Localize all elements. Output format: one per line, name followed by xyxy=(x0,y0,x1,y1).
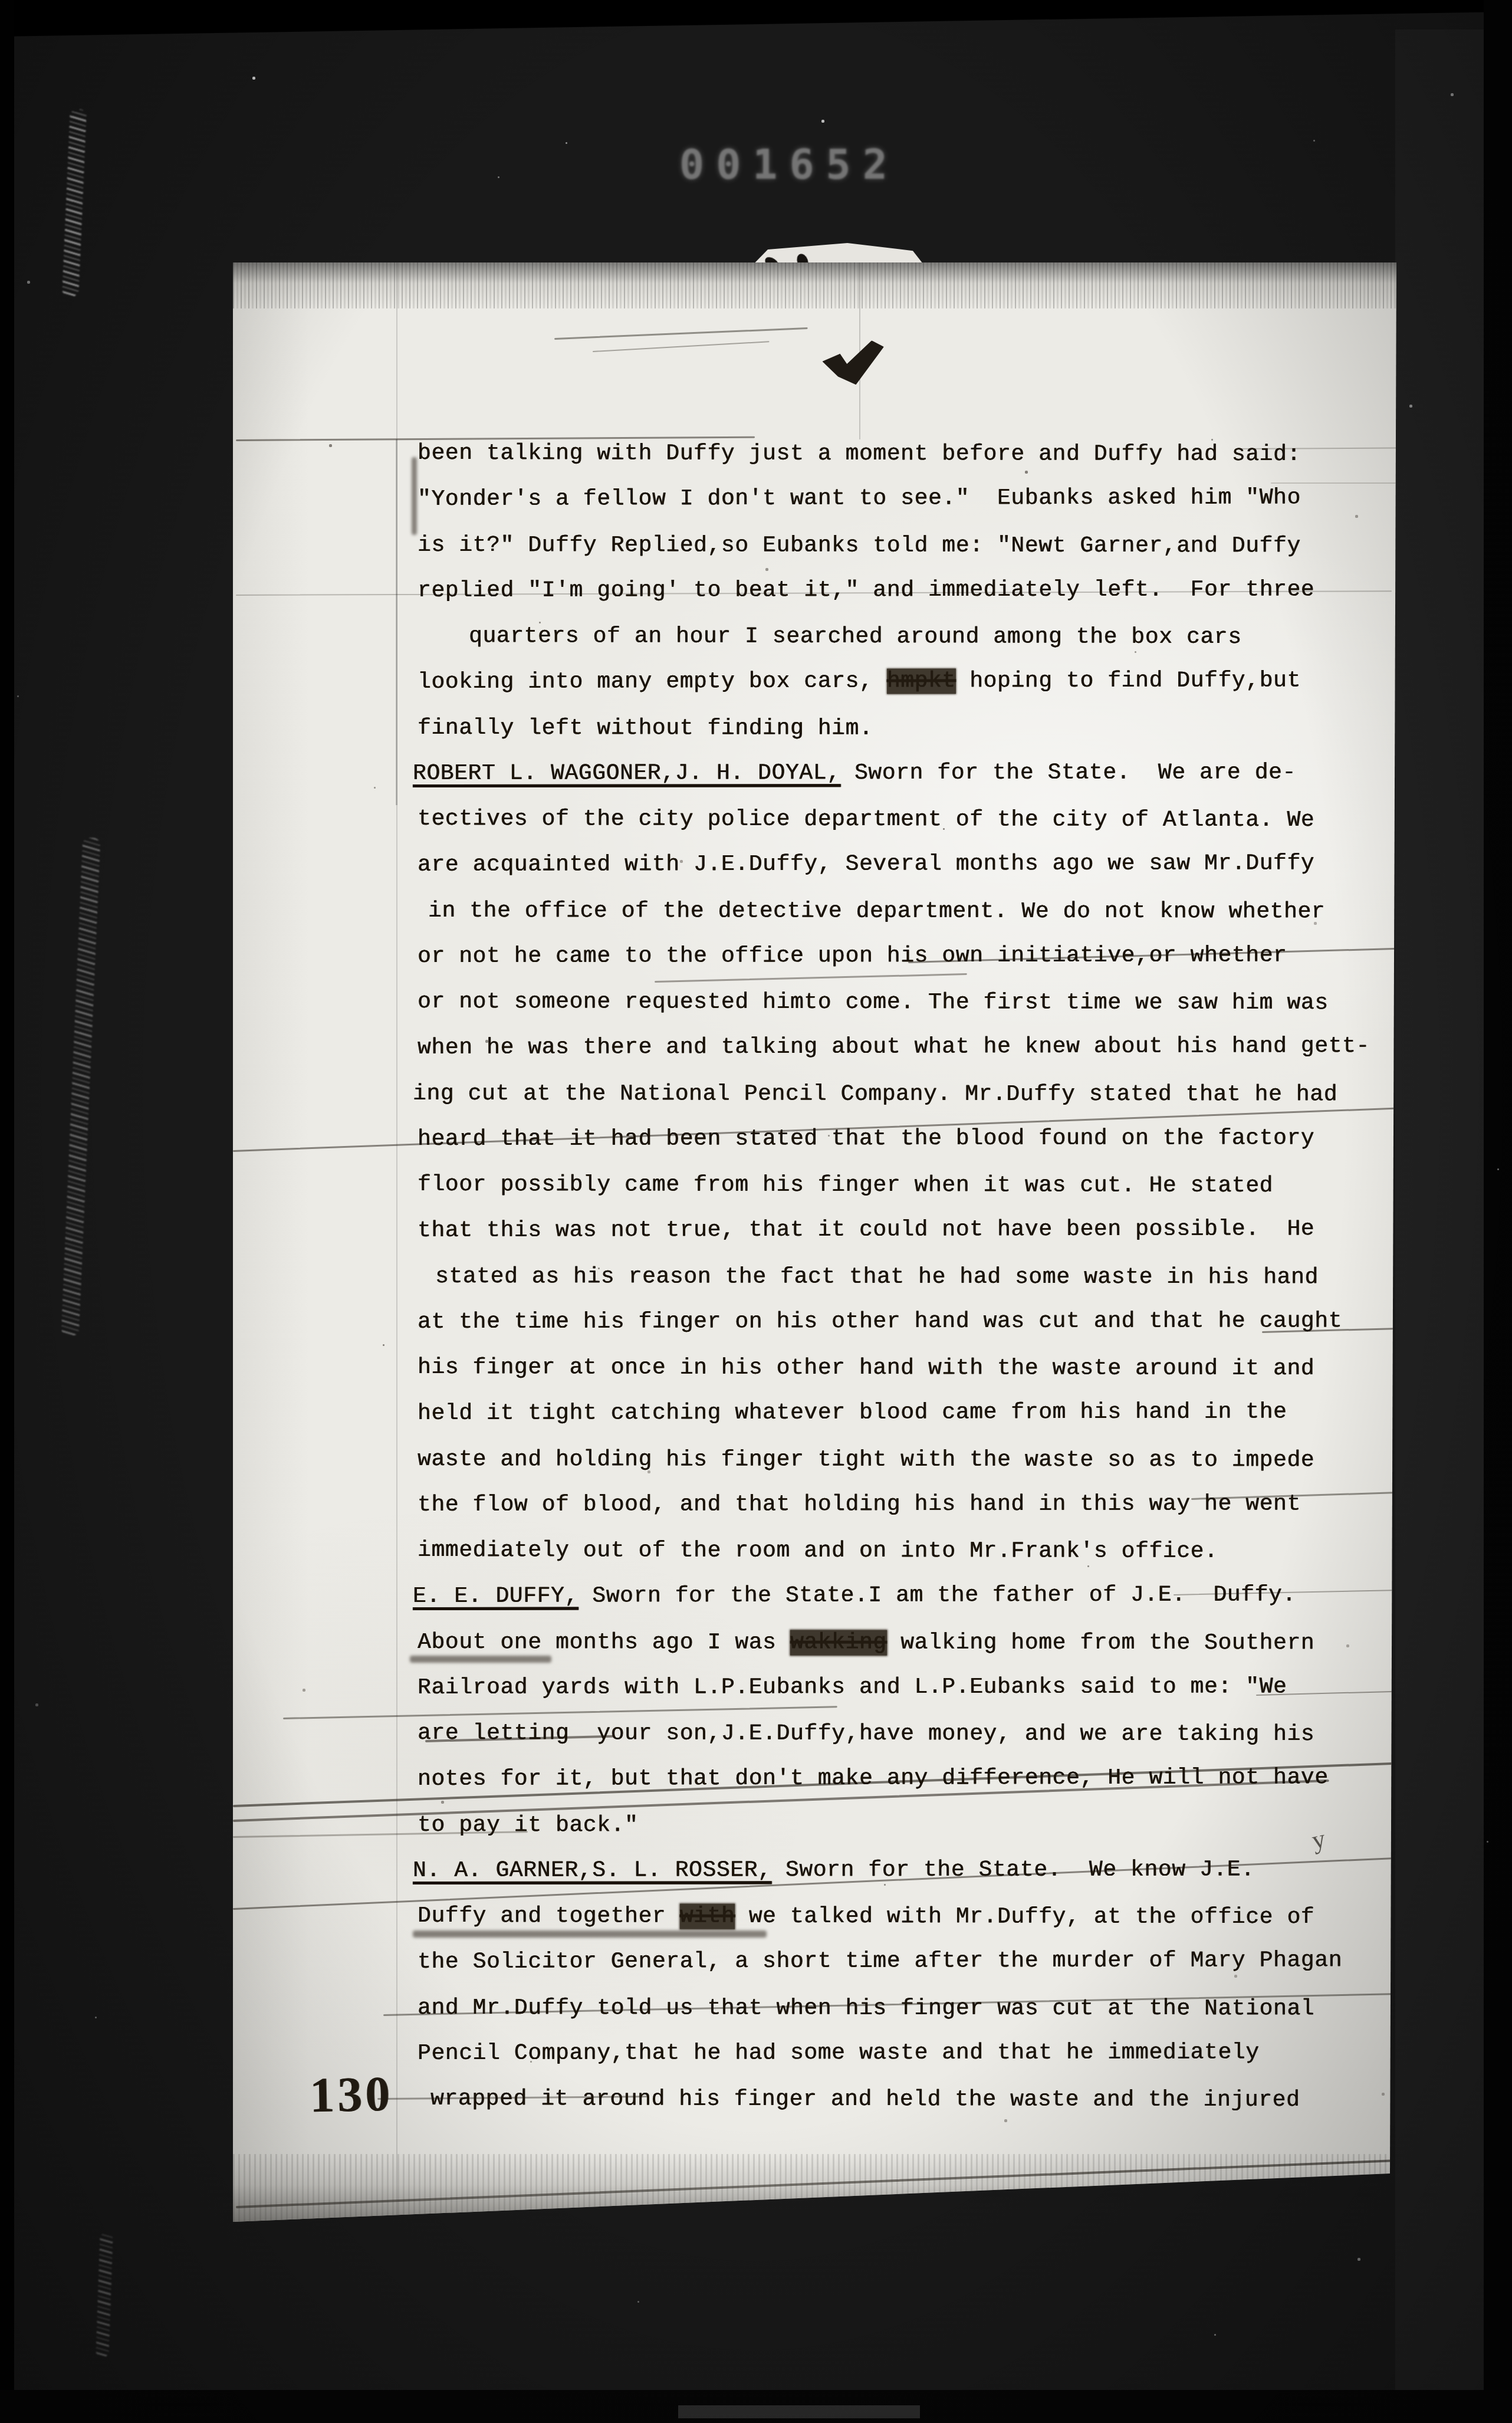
film-frame-counter: 001652 xyxy=(679,140,899,189)
page-number: 130 xyxy=(309,2066,393,2124)
text-line: been talking with Duffy just a moment be… xyxy=(413,431,1403,478)
text-segment: tectives of the city police department o… xyxy=(418,806,1314,833)
text-line: that this was not true, that it could no… xyxy=(413,1206,1403,1253)
text-line: are letting your son,J.E.Duffy,have mone… xyxy=(413,1710,1403,1758)
crease-line xyxy=(396,439,397,805)
witness-name-underlined: E. E. DUFFY, xyxy=(413,1583,578,1608)
text-segment: heard that it had been stated that the b… xyxy=(418,1125,1314,1152)
text-segment: is it?" Duffy Replied,so Eubanks told me… xyxy=(418,533,1301,559)
text-segment: immediately out of the room and on into … xyxy=(418,1538,1218,1564)
text-segment: that this was not true, that it could no… xyxy=(418,1216,1314,1243)
text-segment: at the time his finger on his other hand… xyxy=(418,1308,1342,1335)
text-segment: About one months ago I was xyxy=(418,1630,790,1656)
page-dust-specks xyxy=(233,262,234,263)
text-line: held it tight catching whatever blood ca… xyxy=(413,1389,1403,1436)
text-segment: ing cut at the National Pencil Company. … xyxy=(413,1081,1337,1107)
text-segment: are letting your son,J.E.Duffy,have mone… xyxy=(418,1721,1314,1747)
pencil-line xyxy=(236,2159,1391,2208)
struck-word: hmpkt xyxy=(887,668,956,694)
text-segment: hoping to find Duffy,but xyxy=(956,668,1301,694)
text-segment: Sworn for the State. We are de- xyxy=(840,760,1296,786)
text-line: or not he came to the office upon his ow… xyxy=(413,933,1403,979)
text-line: the Solicitor General, a short time afte… xyxy=(413,1938,1403,1985)
text-segment: been talking with Duffy just a moment be… xyxy=(418,441,1301,467)
witness-name-underlined: ROBERT L. WAGGONER,J. H. DOYAL, xyxy=(413,760,841,786)
text-segment: looking into many empty box cars, xyxy=(418,668,887,694)
text-segment: Sworn for the State. We know J.E. xyxy=(771,1857,1254,1883)
text-segment: to pay it back." xyxy=(418,1813,639,1838)
text-segment: are acquainted with J.E.Duffy, Several m… xyxy=(418,851,1314,878)
text-segment: wrapped it around his finger and held th… xyxy=(430,2086,1300,2113)
text-line: are acquainted with J.E.Duffy, Several m… xyxy=(413,841,1403,888)
text-segment: or not he came to the office upon his ow… xyxy=(418,943,1287,969)
text-segment: when he was there and talking about what… xyxy=(418,1033,1370,1061)
text-line: About one months ago I was wakking walki… xyxy=(413,1620,1403,1666)
text-segment: floor possibly came from his finger when… xyxy=(418,1172,1273,1199)
text-segment: we talked with Mr.Duffy, at the office o… xyxy=(735,1904,1314,1930)
text-segment: finally left without finding him. xyxy=(418,715,873,741)
margin-handwriting-mark xyxy=(62,109,87,297)
text-line: Pencil Company,that he had some waste an… xyxy=(413,2030,1403,2076)
text-line: tectives of the city police department o… xyxy=(413,796,1403,843)
text-line: "Yonder's a fellow I don't want to see."… xyxy=(413,475,1403,522)
text-segment: walking home from the Southern xyxy=(887,1630,1315,1656)
text-line: in the office of the detective departmen… xyxy=(413,888,1403,935)
film-edge-band xyxy=(1395,29,1484,2395)
text-line: and Mr.Duffy told us that when his finge… xyxy=(413,1985,1403,2032)
margin-handwriting-mark xyxy=(96,2232,113,2358)
text-segment: the flow of blood, and that holding his … xyxy=(418,1491,1301,1518)
text-line: to pay it back." xyxy=(413,1803,1403,1849)
text-segment: Sworn for the State.I am the father of J… xyxy=(578,1582,1296,1608)
text-line: when he was there and talking about what… xyxy=(413,1023,1403,1071)
text-line: replied "I'm going' to beat it," and imm… xyxy=(413,567,1403,613)
crease-line xyxy=(859,262,860,439)
text-line: floor possibly came from his finger when… xyxy=(413,1162,1403,1209)
microfilm-frame: 001652 xyxy=(0,0,1512,2423)
text-line: waste and holding his finger tight with … xyxy=(413,1437,1403,1483)
text-segment: stated as his reason the fact that he ha… xyxy=(435,1264,1319,1290)
text-segment: or not someone requested himto come. The… xyxy=(418,989,1329,1016)
text-segment: and Mr.Duffy told us that when his finge… xyxy=(418,1995,1314,2021)
text-line: or not someone requested himto come. The… xyxy=(413,979,1403,1026)
text-segment: in the office of the detective departmen… xyxy=(428,898,1325,924)
text-line: quarters of an hour I searched around am… xyxy=(413,613,1403,661)
text-line: Duffy and together with we talked with M… xyxy=(413,1893,1403,1941)
text-line: the flow of blood, and that holding his … xyxy=(413,1481,1403,1528)
struck-word: wakking xyxy=(790,1630,887,1656)
text-line: at the time his finger on his other hand… xyxy=(413,1298,1403,1345)
text-line: notes for it, but that don't make any di… xyxy=(413,1755,1403,1802)
text-segment: notes for it, but that don't make any di… xyxy=(418,1765,1329,1792)
text-segment: held it tight catching whatever blood ca… xyxy=(418,1399,1287,1426)
text-line: E. E. DUFFY, Sworn for the State.I am th… xyxy=(413,1572,1403,1619)
text-segment: Pencil Company,that he had some waste an… xyxy=(418,2040,1260,2066)
text-line: N. A. GARNER,S. L. ROSSER, Sworn for the… xyxy=(413,1847,1403,1893)
scratch-line xyxy=(554,327,808,340)
text-segment: his finger at once in his other hand wit… xyxy=(418,1355,1314,1381)
text-segment: Railroad yards with L.P.Eubanks and L.P.… xyxy=(418,1674,1287,1700)
text-line: finally left without finding him. xyxy=(413,705,1403,752)
text-segment: waste and holding his finger tight with … xyxy=(418,1447,1314,1473)
text-line: Railroad yards with L.P.Eubanks and L.P.… xyxy=(413,1664,1403,1710)
text-line: his finger at once in his other hand wit… xyxy=(413,1345,1403,1392)
film-top-edge xyxy=(0,0,1512,41)
margin-handwriting-mark xyxy=(61,838,101,1337)
text-segment: "Yonder's a fellow I don't want to see."… xyxy=(418,485,1301,512)
scratch-line xyxy=(593,341,770,352)
text-line: immediately out of the room and on into … xyxy=(413,1528,1403,1575)
film-right-edge xyxy=(1484,0,1512,2423)
text-line: heard that it had been stated that the b… xyxy=(413,1115,1403,1162)
film-left-edge xyxy=(0,0,14,2423)
text-segment: the Solicitor General, a short time afte… xyxy=(418,1948,1342,1975)
struck-word: with xyxy=(680,1904,735,1929)
text-segment: Duffy and together xyxy=(418,1903,680,1929)
film-bottom-mark xyxy=(678,2405,920,2418)
text-line: ing cut at the National Pencil Company. … xyxy=(413,1071,1403,1118)
text-line: wrapped it around his finger and held th… xyxy=(413,2076,1403,2123)
text-line: stated as his reason the fact that he ha… xyxy=(413,1254,1403,1301)
text-segment: quarters of an hour I searched around am… xyxy=(469,623,1242,650)
text-line: looking into many empty box cars, hmpkt … xyxy=(413,658,1403,705)
ink-check-mark xyxy=(820,334,885,388)
text-line: is it?" Duffy Replied,so Eubanks told me… xyxy=(413,523,1403,569)
document-page: y been talking with Duffy just a moment … xyxy=(233,262,1396,2222)
typewritten-text: been talking with Duffy just a moment be… xyxy=(413,431,1403,2122)
text-line: ROBERT L. WAGGONER,J. H. DOYAL, Sworn fo… xyxy=(413,750,1403,796)
witness-name-underlined: N. A. GARNER,S. L. ROSSER, xyxy=(413,1857,772,1883)
text-segment: replied "I'm going' to beat it," and imm… xyxy=(418,577,1314,603)
film-dust-specks xyxy=(0,0,1,1)
